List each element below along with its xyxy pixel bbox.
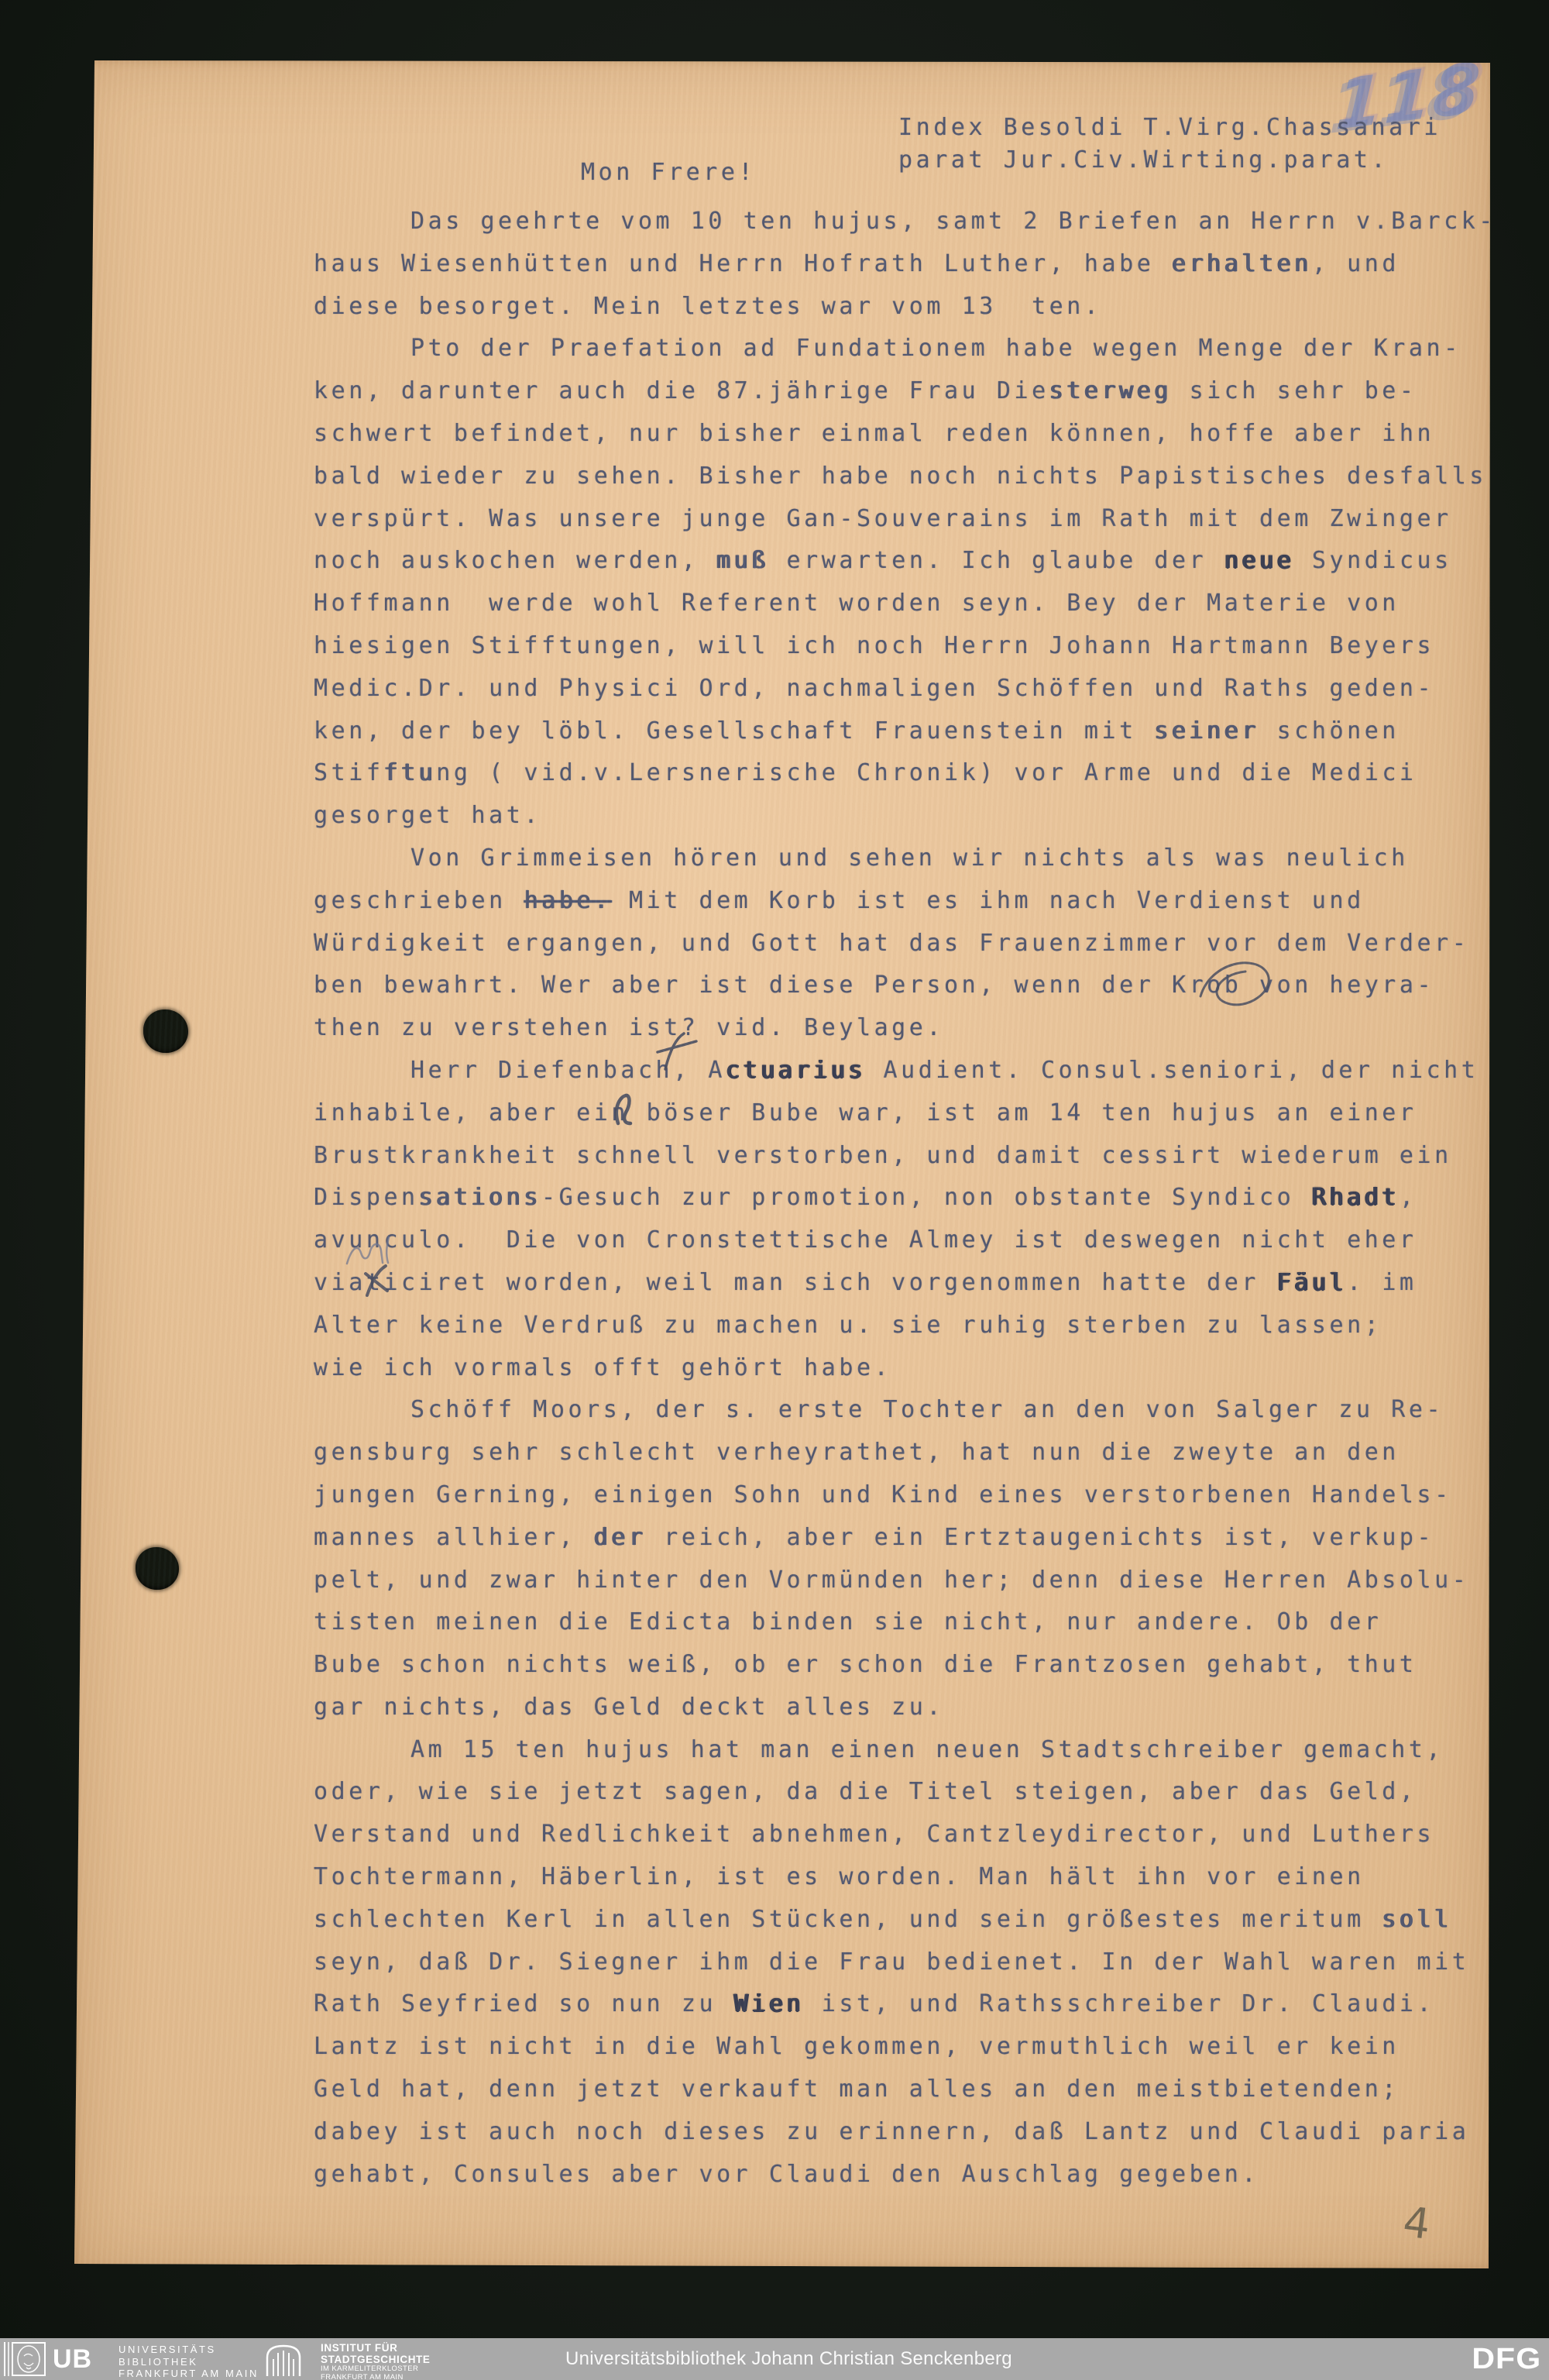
ub-logo-letters: UB xyxy=(53,2344,92,2375)
letter-line: Am 15 ten hujus hat man einen neuen Stad… xyxy=(314,1729,1549,1772)
text-line: FRANKFURT AM MAIN xyxy=(118,2368,259,2380)
institut-label: INSTITUT FÜRSTADTGESCHICHTEIM KARMELITER… xyxy=(321,2343,431,2380)
letter-line: seyn, daß Dr. Siegner ihm die Frau bedie… xyxy=(314,1941,1549,1984)
punch-hole-top xyxy=(143,1009,188,1053)
text-line: BIBLIOTHEK xyxy=(118,2356,259,2368)
letter-line: Lantz ist nicht in die Wahl gekommen, ve… xyxy=(314,2026,1549,2069)
letter-header: Index Besoldi T.Virg.Chassanariparat Jur… xyxy=(898,112,1441,177)
letter-line: Tochtermann, Häberlin, ist es worden. Ma… xyxy=(314,1856,1549,1899)
letter-line: diese besorget. Mein letztes war vom 13 … xyxy=(314,286,1549,328)
letter-line: gensburg sehr schlecht verheyrathet, hat… xyxy=(314,1432,1549,1474)
overtyped-word: erhalten xyxy=(1172,250,1312,277)
overtyped-word: sations xyxy=(419,1184,541,1211)
letter-line: Bube schon nichts weiß, ob er schon die … xyxy=(314,1644,1549,1687)
text-line: Index Besoldi T.Virg.Chassanari xyxy=(898,112,1441,144)
letter-line: gehabt, Consules aber vor Claudi den Aus… xyxy=(314,2154,1549,2196)
ub-library-label: UNIVERSITÄTSBIBLIOTHEKFRANKFURT AM MAIN xyxy=(118,2344,259,2380)
footer-bar: UB UNIVERSITÄTSBIBLIOTHEKFRANKFURT AM MA… xyxy=(0,2338,1549,2380)
letter-line: Medic.Dr. und Physici Ord, nachmaligen S… xyxy=(314,668,1549,710)
overtyped-word: Fäul xyxy=(1277,1269,1347,1296)
letter-line: bald wieder zu sehen. Bisher habe noch n… xyxy=(314,456,1549,498)
letter-line: Würdigkeit ergangen, und Gott hat das Fr… xyxy=(314,923,1549,965)
letter-salutation: Mon Frere! xyxy=(581,159,756,186)
letter-line: Von Grimmeisen hören und sehen wir nicht… xyxy=(314,837,1549,880)
dfg-logo: DFG xyxy=(1472,2343,1541,2376)
letter-line: jungen Gerning, einigen Sohn und Kind ei… xyxy=(314,1474,1549,1517)
text-line: INSTITUT FÜR xyxy=(321,2343,431,2354)
letter-page: 118 Index Besoldi T.Virg.Chassanariparat… xyxy=(74,60,1492,2268)
letter-line: ken, darunter auch die 87.jährige Frau D… xyxy=(314,370,1549,413)
letter-line: verspürt. Was unsere junge Gan-Souverain… xyxy=(314,498,1549,541)
letter-line: gesorget hat. xyxy=(314,795,1549,837)
overtyped-word: ftu xyxy=(383,759,436,786)
letter-line: dabey ist auch noch dieses zu erinnern, … xyxy=(314,2111,1549,2154)
letter-line: oder, wie sie jetzt sagen, da die Titel … xyxy=(314,1771,1549,1814)
letter-line: inhabile, aber ein böser Bube war, ist a… xyxy=(314,1092,1549,1135)
letter-line: wie ich vormals offt gehört habe. xyxy=(314,1347,1549,1390)
scan-background: 118 Index Besoldi T.Virg.Chassanariparat… xyxy=(0,0,1549,2380)
overtyped-word: seiner xyxy=(1154,717,1259,745)
text-line: parat Jur.Civ.Wirting.parat. xyxy=(898,144,1441,177)
overtyped-word: Wien xyxy=(734,1990,804,2017)
overtyped-word: habe. xyxy=(524,887,611,914)
letter-line: Herr Diefenbach, Actuarius Audient. Cons… xyxy=(314,1050,1549,1092)
letter-line: Schöff Moors, der s. erste Tochter an de… xyxy=(314,1389,1549,1432)
letter-line: tisten meinen die Edicta binden sie nich… xyxy=(314,1601,1549,1644)
punch-hole-bottom xyxy=(136,1547,179,1590)
letter-line: Geld hat, denn jetzt verkauft man alles … xyxy=(314,2069,1549,2111)
text-line: STADTGESCHICHTE xyxy=(321,2354,431,2366)
letter-line: mannes allhier, der reich, aber ein Ertz… xyxy=(314,1517,1549,1560)
letter-line: pelt, und zwar hinter den Vormünden her;… xyxy=(314,1560,1549,1602)
letter-line: Brustkrankheit schnell verstorben, und d… xyxy=(314,1135,1549,1178)
letter-line: viaticiret worden, weil man sich vorgeno… xyxy=(314,1262,1549,1305)
letter-line: haus Wiesenhütten und Herrn Hofrath Luth… xyxy=(314,243,1549,286)
letter-line: ken, der bey löbl. Gesellschaft Frauenst… xyxy=(314,710,1549,753)
letter-line: ben bewahrt. Wer aber ist diese Person, … xyxy=(314,965,1549,1007)
letter-line: gar nichts, das Geld deckt alles zu. xyxy=(314,1687,1549,1729)
text-line: FRANKFURT AM MAIN xyxy=(321,2374,431,2380)
letter-line: Stifftung ( vid.v.Lersnerische Chronik) … xyxy=(314,752,1549,795)
text-line: UNIVERSITÄTS xyxy=(118,2344,259,2356)
institut-arch-icon xyxy=(263,2342,304,2376)
letter-line: geschrieben habe. Mit dem Korb ist es ih… xyxy=(314,880,1549,923)
overtyped-word: neue xyxy=(1224,547,1294,574)
letter-line: then zu verstehen ist? vid. Beylage. xyxy=(314,1007,1549,1050)
letter-line: schlechten Kerl in allen Stücken, und se… xyxy=(314,1899,1549,1941)
overtyped-word: Rhadt xyxy=(1312,1184,1400,1211)
text-line: IM KARMELITERKLOSTER xyxy=(321,2365,431,2374)
letter-line: Das geehrte vom 10 ten hujus, samt 2 Bri… xyxy=(314,201,1549,243)
ub-library-logo: UB xyxy=(3,2341,112,2377)
letter-line: Pto der Praefation ad Fundationem habe w… xyxy=(314,328,1549,370)
letter-line: schwert befindet, nur bisher einmal rede… xyxy=(314,413,1549,456)
letter-line: Alter keine Verdruß zu machen u. sie ruh… xyxy=(314,1305,1549,1347)
ub-portrait-icon xyxy=(3,2341,48,2377)
overtyped-word: sterweg xyxy=(1049,377,1172,404)
letter-line: noch auskochen werden, muß erwarten. Ich… xyxy=(314,540,1549,583)
handwritten-page-number: 4 xyxy=(1400,2197,1433,2249)
letter-line: hiesigen Stifftungen, will ich noch Herr… xyxy=(314,625,1549,668)
letter-line: Rath Seyfried so nun zu Wien ist, und Ra… xyxy=(314,1983,1549,2026)
letter-line: Dispensations-Gesuch zur promotion, non … xyxy=(314,1177,1549,1219)
library-credit: Universitätsbibliothek Johann Christian … xyxy=(565,2348,1012,2370)
letter-line: Verstand und Redlichkeit abnehmen, Cantz… xyxy=(314,1814,1549,1856)
overtyped-word: der xyxy=(594,1524,647,1551)
overtyped-word: soll xyxy=(1382,1906,1451,1933)
letter-body: Das geehrte vom 10 ten hujus, samt 2 Bri… xyxy=(314,201,1549,2196)
overtyped-word: ctuarius xyxy=(726,1057,866,1084)
letter-line: Hoffmann werde wohl Referent worden seyn… xyxy=(314,583,1549,625)
letter-line: avunculo. Die von Cronstettische Almey i… xyxy=(314,1219,1549,1262)
overtyped-word: muß xyxy=(716,547,769,574)
